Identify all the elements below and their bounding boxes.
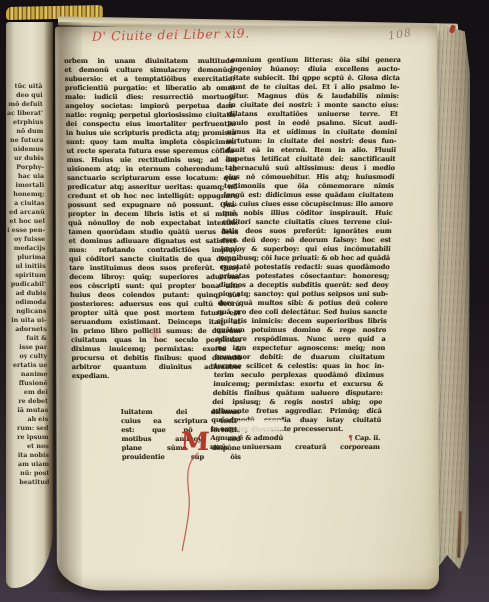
text-line: rum: sed	[10, 424, 48, 433]
text-line: malo: iudicii dies: resurrectiō mortuoy:	[65, 93, 235, 102]
text-line: ed arcanū	[7, 208, 45, 217]
text-line: ne futura	[5, 136, 43, 145]
chapter2-first-line: Agnum ē & admodū ¶ Cap. ii.	[210, 434, 380, 443]
text-line: pudicabil'	[8, 280, 46, 289]
text-line: nanime	[9, 370, 47, 379]
text-line: ab eis	[10, 415, 48, 424]
text-line: sunt de te ciuitas dei. Et ī alio psalmo…	[229, 83, 399, 92]
text-line: in huius uie scripturis predicta atq; pr…	[66, 129, 236, 138]
text-line: longū est: didicimus esse quādam ciuitat…	[223, 191, 393, 200]
text-line: oy fuisse	[7, 235, 45, 244]
text-line: impetus letificat ciuitatē dei: sanctifi…	[225, 155, 395, 164]
text-line: in ciuitate dei nostri: ī monte sancto e…	[228, 101, 398, 110]
text-line: isse par	[9, 343, 47, 352]
text-line: dere quā multos sibi: & potius deū coler…	[217, 299, 387, 308]
text-line: orbem in unam diuinitatem multitudo	[64, 57, 234, 66]
text-line: mus: refutando contradictiōes impioy:	[69, 246, 239, 255]
text-line: deo qui	[5, 91, 43, 100]
text-line: tamen quorūdam studio quātū uerus deus	[68, 228, 238, 237]
chapter2-second-line: rarū: uniuersam creaturā corpoream	[210, 443, 380, 452]
text-line: huius deos colendos putant: quinq; aūt	[70, 291, 240, 300]
text-line: ut recte sperata futura esse speremus cō…	[66, 147, 236, 156]
facing-page-edge: tūc uitādeo quimō defuitac liberat'etrph…	[6, 22, 53, 588]
text-line: eius nō cōmouebitur. His atq; huiusmodi	[224, 173, 394, 182]
ink-smudge	[148, 326, 161, 342]
book10-end-paragraph: orbem in unam diuinitatem multitudoet de…	[64, 57, 242, 372]
text-line: et hoc uel	[7, 217, 45, 226]
text-line: terrene scilicet & celestis: quas in hoc…	[214, 362, 384, 371]
chapter-number-label: Cap. ii.	[354, 434, 380, 442]
chapter-rubric: ¶ Cap. ii.	[348, 434, 381, 443]
text-line: possunt sed expugnare nō possunt. Qua-	[68, 201, 238, 210]
text-line: predicatur atq; asseritur ueritas: quamq…	[67, 183, 237, 192]
text-line: in uita ui-	[9, 316, 47, 325]
text-line: dilatans exultatiōes uniuerse terre. Et	[228, 110, 398, 119]
text-line: egestatē potestatis redacti: suas quodām…	[219, 263, 389, 272]
text-line: paulo post in eodē psalmo. Sicut audi-	[227, 119, 397, 128]
text-line: re ipsum	[11, 433, 49, 442]
text-line: mō defuit	[5, 100, 43, 109]
text-line: ingenioy hūanoy: diuīa excellens aucto-	[230, 65, 400, 74]
text-line: uidemus	[6, 145, 44, 154]
text-line: ciuitatis inimicis: decem superioribus l…	[216, 317, 386, 326]
text-line: ertatis ue	[9, 361, 47, 370]
text-line: esse deū deoy: nō deorum falsoy: hoc est	[221, 236, 391, 245]
text-line: dei ipsiusq; & regis nostri ubiq; ope	[212, 398, 382, 407]
text-line: gitur. Magnus dūs & laudabilis nimis:	[229, 92, 399, 101]
text-line: credunt et ob hoc nec intelligūt: oppugn…	[67, 192, 237, 201]
text-line: adiutore respōdimus. Nunc uero quid a	[215, 335, 385, 344]
text-line: dei conspectu eius imortaliter perfruent…	[66, 120, 236, 129]
text-line: iā mutas	[10, 406, 48, 415]
text-line: sanctuario scripturarum esse locatum: qu…	[67, 174, 237, 183]
text-line: quā nōnulloy de nob expectabat intentio:	[68, 219, 238, 228]
text-column-right: omnium gentium litteras: ōia sibi genera…	[210, 56, 401, 452]
text-line: debitis finibus quātum ualuero disputare…	[212, 389, 382, 398]
text-line: plurima	[7, 253, 45, 262]
text-line: mus. Huius uie rectitudinis usq; ad dei	[66, 156, 236, 165]
text-line: nglicans	[8, 307, 46, 316]
text-line: etrphius	[5, 118, 43, 127]
text-line: et demonū culture simulacroy demonūq;	[64, 66, 234, 75]
text-line: adornets	[9, 325, 47, 334]
chapter1-paragraph: omnium gentium litteras: ōia sibi genera…	[211, 56, 401, 425]
facing-page-text-fragments: tūc uitādeo quimō defuitac liberat'etrph…	[4, 82, 49, 487]
text-line: diuinos a deceptis subditis querūt: sed …	[218, 281, 388, 290]
text-line: dei: cuius ciues esse cōcupiscimus: illo…	[223, 200, 393, 209]
book-photo: tūc uitādeo quimō defuitac liberat'etrph…	[0, 0, 489, 602]
text-line: tūc uitā	[4, 82, 42, 91]
text-line: imortali	[6, 181, 44, 190]
paper-repair-patch	[237, 420, 284, 432]
text-line: i esse pen-	[7, 226, 45, 235]
text-line: re debet	[10, 397, 48, 406]
text-line: uirtutum: in ciuitate dei nostri: deus f…	[226, 137, 396, 146]
text-line: propter in decem libris istis et si minu…	[68, 210, 238, 219]
text-line: quā pro deo coli delectātur. Sed huius s…	[217, 308, 387, 317]
text-line: ul initiis	[8, 262, 46, 271]
text-line: medacijs	[7, 244, 45, 253]
text-line: inuicemq; permixtas: exortu et excursu &	[213, 380, 383, 389]
text-line: testimoniis que ōia cōmemorare nimis	[224, 182, 394, 191]
text-line: priuatas potestates cōsectantur: honores…	[219, 272, 389, 281]
text-line: proficientiū purgatio: et liberatio ab o…	[65, 84, 235, 93]
text-line: uimus ita et uidimus in ciuitate domini	[227, 128, 397, 137]
text-line: ac liberat'	[5, 109, 43, 118]
text-line: et nos	[11, 442, 49, 451]
text-line: am uiam	[11, 460, 49, 469]
text-line: immemor debiti: de duarum ciuitatum	[214, 353, 384, 362]
text-line: ur dubis	[6, 154, 44, 163]
text-line: oy culty	[9, 352, 47, 361]
text-line: subuersio: et a temptatiōibus exercitati…	[64, 75, 234, 84]
text-line: nō dum	[5, 127, 43, 136]
text-line: cōditori sancte ciuitatis ciues terrene …	[222, 218, 392, 227]
text-line: honemq;	[6, 190, 44, 199]
text-line: tatis deos suos preferūt: ignorātes eum	[221, 227, 391, 236]
chapter-initial-m: M	[175, 429, 216, 559]
text-line: omnium gentium litteras: ōia sibi genera	[231, 56, 401, 65]
text-line: odimoda	[8, 298, 46, 307]
text-line: omnibusq; cōi luce priuati: & ob hoc ad …	[220, 254, 390, 263]
text-line: ffusionē	[10, 379, 48, 388]
text-line: Porphy-	[6, 163, 44, 172]
text-line: natio: regniq; perpetui gloriosissime ci…	[65, 111, 235, 120]
text-line: dauit eā in eternū. Item in alio. Fluuii	[226, 146, 396, 155]
text-line: nū: post	[11, 469, 49, 478]
text-line: spiritum	[8, 271, 46, 280]
text-line: angeloy societas: impiorū perpetua dam-	[65, 102, 235, 111]
text-line: fuit &	[9, 334, 47, 343]
chapter2-text-start: Agnum ē & admodū	[210, 434, 283, 443]
text-line: sunt: quoy tam multa impleta cōspicimus:	[66, 138, 236, 147]
text-line: adiuuante fretus aggrediar. Primūq; dicā	[212, 407, 382, 416]
text-line: me iam expectetur agnoscens: meiq; non	[215, 344, 385, 353]
text-line: a ciuitas	[7, 199, 45, 208]
text-line: ad dubis	[8, 289, 46, 298]
text-line: impioy & superboy: qui eius incōmutabili	[220, 245, 390, 254]
text-line: ritate subiecit. Ibi qppe scptū ē. Glosa…	[230, 74, 400, 83]
text-line: propter uitā que post mortem futura est	[70, 309, 240, 318]
text-line: tabernaculū suū altissimus: deus ī medio	[225, 164, 395, 173]
text-line: em dei	[10, 388, 48, 397]
initial-flourish	[175, 449, 215, 559]
paragraph-mark-icon: ¶	[348, 434, 353, 442]
text-line: quātum potuimus domino & rege nostro	[216, 326, 386, 335]
text-line: posteriores: aduersus eos qui cultū deor…	[70, 300, 240, 309]
text-line: quē nobis illius cōditor inspirauit. Hui…	[222, 209, 392, 218]
running-title: D' Ciuite dei Liber xi9.	[92, 25, 262, 49]
text-line: terim seculo perplexas quodāmō diximus	[213, 371, 383, 380]
text-line: ita nobis	[11, 451, 49, 460]
text-line: decem libroy: quīq; superiores aduersus	[69, 273, 239, 282]
text-line: hac uia	[6, 172, 44, 181]
text-line: eos cōscripti sunt: qui propter bona uit…	[69, 282, 239, 291]
text-line: pioy atq; sanctoy: qui potius seipsos un…	[218, 290, 388, 299]
text-line: qui cōditori sancte ciuitatis de qua dis…	[69, 255, 239, 264]
text-line: beatitud	[11, 478, 49, 487]
text-line: tare instituimus deos suos preferūt. Quo…	[69, 264, 239, 273]
text-line: uisionem atq; in eternum coherendum: in	[67, 165, 237, 174]
text-line: et dominus adiuuare dignatus est satisfe…	[68, 237, 238, 246]
